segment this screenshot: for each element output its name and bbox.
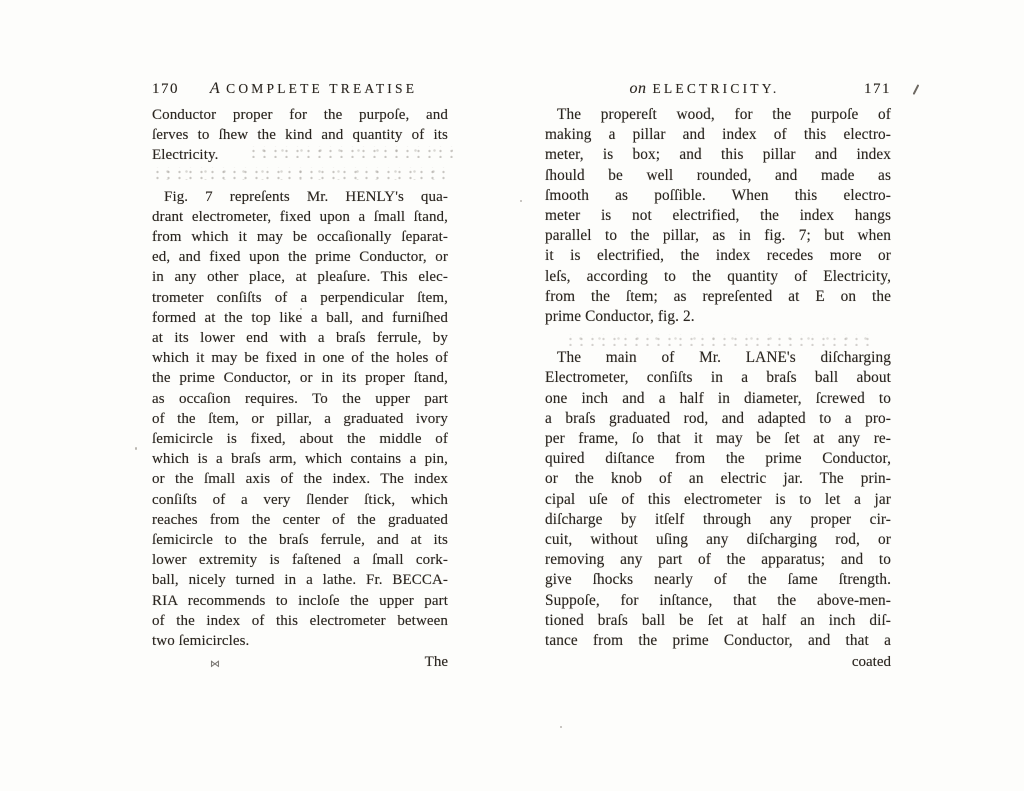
- right-header-caps: ELECTRICITY.: [652, 81, 779, 96]
- showthrough-noise: [565, 334, 875, 346]
- text-line: ball, nicely turned in a lathe. Fr. BECC…: [152, 570, 448, 590]
- left-catchword: The: [425, 654, 448, 670]
- text-line: Conductor proper for the purpoſe, and: [152, 105, 448, 125]
- text-line: The main of Mr. LANE's diſcharging: [545, 348, 891, 368]
- text-line: meter is not electrified, the index hang…: [545, 206, 891, 226]
- text-line: RIA recommends to incloſe the upper part: [152, 591, 448, 611]
- text-line: ſhould be well rounded, and made as: [545, 166, 891, 186]
- text-line: ſmooth as poſſible. When this electro-: [545, 186, 891, 206]
- left-running-head: 170 ACOMPLETE TREATISE: [152, 80, 448, 100]
- text-line: The propereſt wood, for the purpoſe of: [545, 105, 891, 125]
- ink-speck: [300, 308, 302, 310]
- text-line: reaches from the center of the graduated: [152, 510, 448, 530]
- text-line: ſemicircle is fixed, about the middle of: [152, 429, 448, 449]
- left-text-block: Conductor proper for the purpoſe, andſer…: [152, 105, 448, 651]
- book-scan: 170 ACOMPLETE TREATISE Conductor proper …: [0, 0, 1024, 791]
- text-line: lower extremity is faſtened a ſmall cork…: [152, 550, 448, 570]
- text-line: or the ſmall axis of the index. The inde…: [152, 469, 448, 489]
- text-line: give ſhocks nearly of the ſame ſtrength.: [545, 570, 891, 590]
- showthrough-noise: [152, 167, 450, 180]
- text-line: diſcharge by itſelf through any proper c…: [545, 510, 891, 530]
- text-line: quired diſtance from the prime Conductor…: [545, 449, 891, 469]
- text-line: per frame, ſo that it may be ſet at any …: [545, 429, 891, 449]
- text-line: removing any part of the apparatus; and …: [545, 550, 891, 570]
- paragraph: Fig. 7 repreſents Mr. HENLY's qua-drant …: [152, 187, 448, 652]
- text-line: as occaſion requires. To the upper part: [152, 389, 448, 409]
- text-line: tance from the prime Conductor, and that…: [545, 631, 891, 651]
- text-line: or the knob of an electric jar. The prin…: [545, 469, 891, 489]
- left-page-number: 170: [152, 81, 179, 98]
- right-text-block: The propereſt wood, for the purpoſe ofma…: [545, 105, 891, 651]
- right-header-title: onELECTRICITY.: [545, 80, 864, 98]
- stray-ink-mark: [913, 84, 919, 95]
- text-line: formed at the top like a ball, and furni…: [152, 308, 448, 328]
- text-line: one inch and a half in diameter, ſcrewed…: [545, 389, 891, 409]
- text-line: from which it may be occaſionally ſepara…: [152, 227, 448, 247]
- text-line: a braſs graduated rod, and adapted to a …: [545, 409, 891, 429]
- text-line: tioned braſs ball be ſet at half an inch…: [545, 611, 891, 631]
- text-line: two ſemicircles.: [152, 631, 448, 651]
- ink-speck: [520, 200, 522, 202]
- text-line: ſemicircle to the braſs ferrule, and at …: [152, 530, 448, 550]
- text-line: Fig. 7 repreſents Mr. HENLY's qua-: [152, 187, 448, 207]
- text-line: of the ſtem, or pillar, a graduated ivor…: [152, 409, 448, 429]
- text-line: it is electrified, the index recedes mor…: [545, 246, 891, 266]
- text-line: cuit, without uſing any diſcharging rod,…: [545, 530, 891, 550]
- text-line: of the index of this electrometer betwee…: [152, 611, 448, 631]
- right-running-head: onELECTRICITY. 171: [545, 80, 891, 100]
- text-line: at its lower end with a braſs ferrule, b…: [152, 328, 448, 348]
- paragraph: The main of Mr. LANE's diſchargingElectr…: [545, 348, 891, 651]
- text-line: meter, is box; and this pillar and index: [545, 145, 891, 165]
- text-line: the prime Conductor, or in its proper ſt…: [152, 368, 448, 388]
- text-line: leſs, according to the quantity of Elect…: [545, 267, 891, 287]
- text-line: drant electrometer, fixed upon a ſmall ſ…: [152, 207, 448, 227]
- right-catchword-row: coated: [545, 652, 891, 672]
- text-line: prime Conductor, fig. 2.: [545, 307, 891, 327]
- right-header-lead: on: [629, 80, 646, 97]
- left-header-caps: COMPLETE TREATISE: [226, 81, 417, 96]
- text-line: conſiſts of a very ſlender ſtick, which: [152, 490, 448, 510]
- text-line: which is a braſs arm, which contains a p…: [152, 449, 448, 469]
- right-page: onELECTRICITY. 171 The propereſt wood, f…: [545, 80, 891, 672]
- text-line: ſerves to ſhew the kind and quantity of …: [152, 125, 448, 145]
- paragraph: The propereſt wood, for the purpoſe ofma…: [545, 105, 891, 327]
- text-line: from the ſtem; as repreſented at E on th…: [545, 287, 891, 307]
- left-catchword-row: ⋈ The: [152, 652, 448, 672]
- left-header-title: ACOMPLETE TREATISE: [179, 80, 448, 98]
- showthrough-noise: [248, 146, 453, 158]
- ink-speck: [560, 726, 562, 728]
- text-line: parallel to the pillar, as in fig. 7; bu…: [545, 226, 891, 246]
- right-page-number: 171: [864, 81, 891, 98]
- ink-speck: [135, 447, 137, 450]
- text-line: in any other place, at pleaſure. This el…: [152, 267, 448, 287]
- text-line: cipal uſe of this electrometer is to let…: [545, 490, 891, 510]
- signature-mark: ⋈: [210, 655, 220, 675]
- left-header-lead: A: [210, 80, 220, 97]
- text-line: Electrometer, conſiſts in a braſs ball a…: [545, 368, 891, 388]
- text-line: ed, and fixed upon the prime Conductor, …: [152, 247, 448, 267]
- text-line: Suppoſe, for inſtance, that the above-me…: [545, 591, 891, 611]
- text-line: making a pillar and index of this electr…: [545, 125, 891, 145]
- text-line: trometer conſiſts of a perpendicular ſte…: [152, 288, 448, 308]
- text-line: which it may be fixed in one of the hole…: [152, 348, 448, 368]
- right-catchword: coated: [852, 654, 891, 670]
